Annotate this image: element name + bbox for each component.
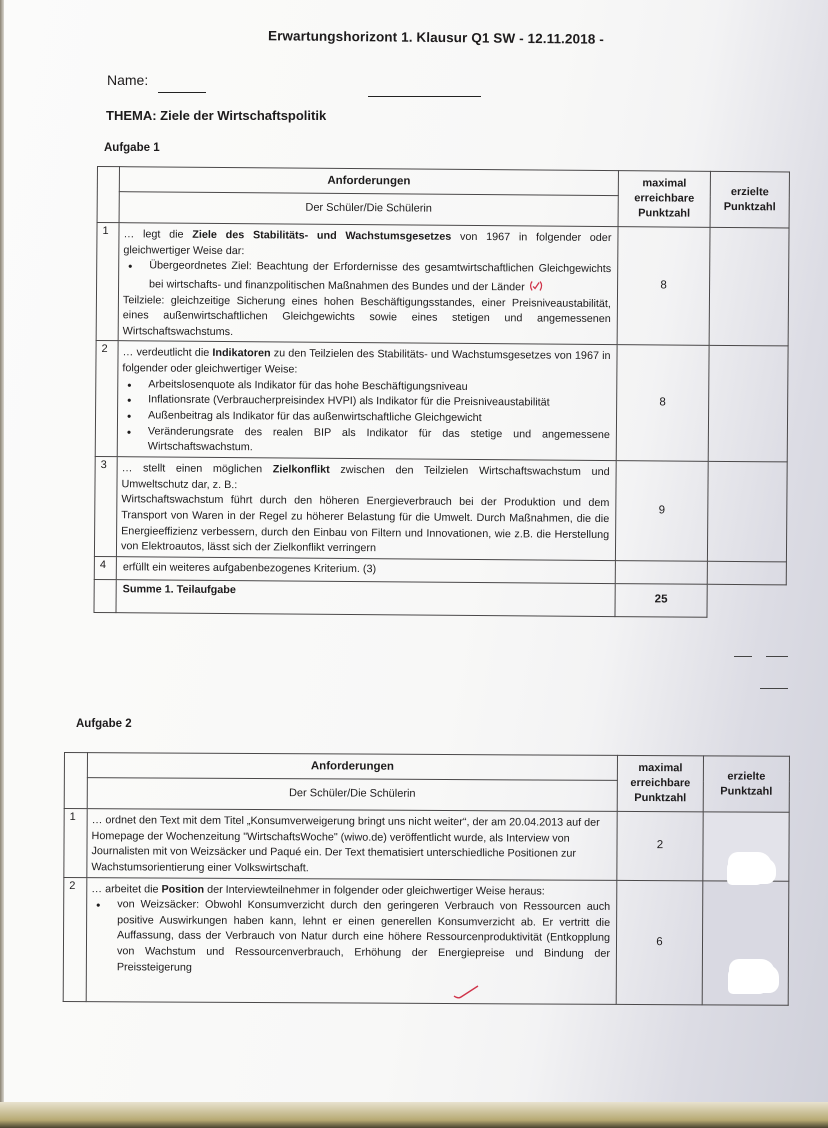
name-blank-line — [158, 92, 206, 93]
table-row: 2 … arbeitet die Position der Interviewt… — [63, 877, 789, 1005]
topic-label: THEMA: — [106, 108, 157, 123]
red-check-icon — [452, 984, 482, 1000]
row-number: 4 — [94, 556, 116, 579]
paper-left-edge — [0, 0, 4, 1128]
requirement-text: … legt die Ziele des Stabilitäts- und Wa… — [118, 223, 618, 345]
topic-line: THEMA: Ziele der Wirtschaftspolitik — [106, 108, 326, 123]
row-number: 3 — [94, 456, 117, 556]
dash-line — [766, 656, 788, 657]
max-points-cell: 2 — [617, 811, 703, 880]
header-subject: Der Schüler/Die Schülerin — [87, 778, 617, 812]
achieved-points-cell[interactable] — [708, 346, 788, 462]
max-points-cell: 6 — [616, 880, 703, 1004]
header-requirements: Anforderungen — [119, 167, 618, 196]
intro-keyword: Indikatoren — [212, 347, 270, 359]
table-row: 3 … stellt einen möglichen Zielkonflikt … — [94, 456, 787, 561]
sum-label: Summe 1. Teilaufgabe — [116, 579, 615, 616]
redacted-score-mark — [728, 852, 772, 882]
header-achieved-points: erzielte Punktzahl — [703, 756, 789, 812]
sum-max-points: 25 — [615, 583, 707, 617]
bullet-item: Übergeordnetes Ziel: Beachtung der Erfor… — [149, 259, 611, 297]
requirement-text: … stellt einen möglichen Zielkonflikt zw… — [116, 457, 616, 561]
max-points-cell: 8 — [617, 227, 710, 346]
intro-text: … legt die — [123, 228, 192, 241]
requirement-text: … arbeitet die Position der Interviewtei… — [86, 877, 617, 1004]
bullet-item: von Weizsäcker: Obwohl Konsumverzicht du… — [117, 897, 610, 978]
task-1-table: Anforderungen maximal erreichbare Punktz… — [93, 166, 789, 618]
requirement-text: … ordnet den Text mit dem Titel „Konsumv… — [87, 809, 617, 880]
max-points-cell — [615, 560, 707, 584]
intro-keyword: Ziele des Stabilitäts- und Wachstumsgese… — [192, 229, 451, 243]
table-row: 1 … ordnet den Text mit dem Titel „Konsu… — [64, 809, 789, 881]
sum-row: Summe 1. Teilaufgabe 25 — [94, 579, 786, 617]
achieved-points-cell[interactable] — [707, 561, 786, 585]
desk-surface — [0, 1102, 828, 1128]
intro-text: … verdeutlicht die — [122, 347, 212, 360]
row-number: 1 — [64, 809, 87, 878]
red-partial-mark-icon — [528, 279, 544, 292]
header-max-points: maximal erreichbare Punktzahl — [618, 171, 710, 228]
intro-text: … stellt einen möglichen — [122, 462, 273, 475]
dash-line — [760, 688, 788, 689]
row-number: 2 — [95, 341, 118, 457]
sum-achieved-cell[interactable] — [707, 584, 786, 618]
max-points-cell: 9 — [615, 461, 708, 562]
header-max-points: maximal erreichbare Punktzahl — [617, 755, 703, 811]
intro-text: … arbeitet die — [91, 883, 161, 895]
task-2-heading: Aufgabe 2 — [76, 718, 132, 730]
intro-keyword: Zielkonflikt — [273, 463, 330, 475]
header-requirements: Anforderungen — [87, 753, 617, 781]
name-label: Name: — [107, 72, 148, 88]
intro-text-end: der Interviewteilnehmer in folgender ode… — [204, 883, 545, 897]
example-text: Wirtschaftswachstum führt durch den höhe… — [121, 492, 609, 558]
dash-line — [734, 656, 752, 657]
task-2-table: Anforderungen maximal erreichbare Punktz… — [63, 752, 790, 1005]
intro-keyword: Position — [161, 883, 204, 895]
header-number-cell — [97, 167, 119, 223]
header-subject: Der Schüler/Die Schülerin — [119, 192, 618, 227]
task-1-heading: Aufgabe 1 — [104, 142, 160, 154]
topic-value: Ziele der Wirtschaftspolitik — [160, 108, 326, 123]
redacted-score-mark — [729, 959, 775, 991]
header-number-cell — [64, 753, 87, 809]
sum-number-cell — [94, 579, 116, 612]
achieved-points-cell[interactable] — [709, 227, 789, 346]
achieved-points-cell[interactable] — [707, 461, 787, 561]
bullet-item: Veränderungsrate des realen BIP als Indi… — [148, 424, 610, 459]
row-number: 2 — [63, 877, 87, 1001]
max-points-cell: 8 — [616, 345, 709, 461]
name-blank-line-2 — [368, 96, 481, 97]
table-row: 2 … verdeutlicht die Indikatoren zu den … — [95, 341, 788, 462]
requirement-text: … verdeutlicht die Indikatoren zu den Te… — [117, 341, 617, 460]
sub-goals-text: Teilziele: gleichzeitige Sicherung eines… — [123, 293, 611, 344]
header-achieved-points: erzielte Punktzahl — [710, 171, 789, 228]
table-row: 1 … legt die Ziele des Stabilitäts- und … — [96, 223, 789, 347]
row-number: 1 — [96, 223, 119, 342]
